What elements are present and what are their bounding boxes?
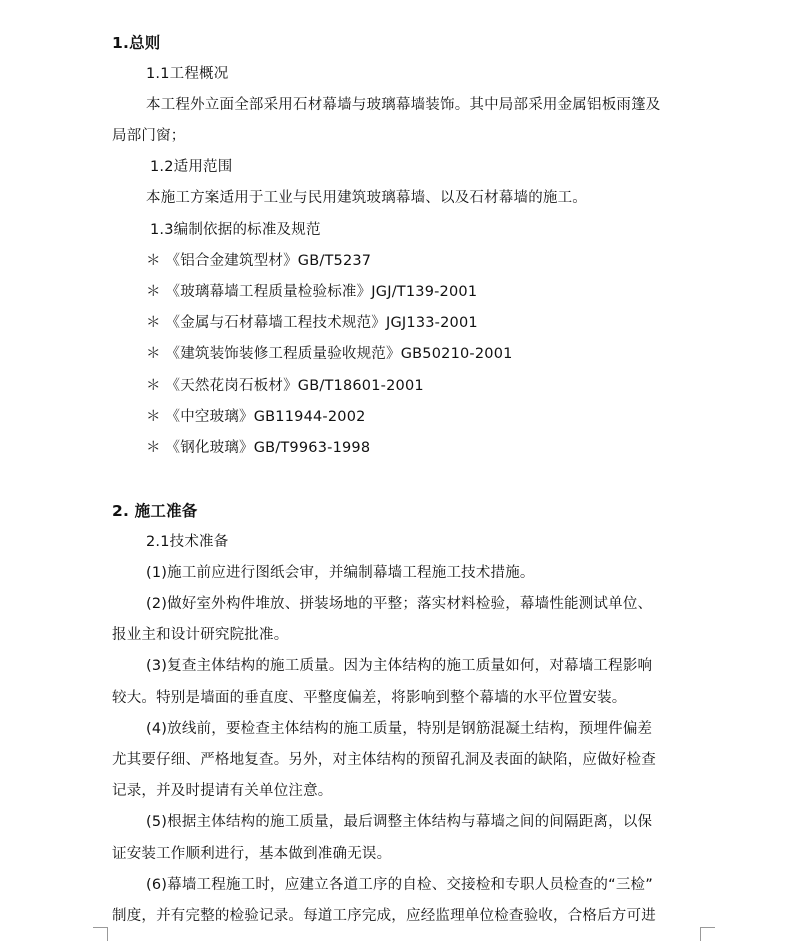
text-line: ＊ 《玻璃幕墙工程质量检验标准》JGJ/T139-2001 xyxy=(146,282,477,302)
text-line: 1.2适用范围 xyxy=(150,157,232,177)
text-line: (1)施工前应进行图纸会审，并编制幕墙工程施工技术措施。 xyxy=(146,563,535,583)
section-heading: 1.总则 xyxy=(112,33,160,53)
text-line: 证安装工作顺利进行，基本做到准确无误。 xyxy=(112,844,391,864)
section-heading: 2. 施工准备 xyxy=(112,501,197,521)
text-line: 尤其要仔细、严格地复查。另外，对主体结构的预留孔洞及表面的缺陷，应做好检查 xyxy=(112,750,656,770)
page-corner-mark-left xyxy=(93,927,108,941)
text-line: 本施工方案适用于工业与民用建筑玻璃幕墙、以及石材幕墙的施工。 xyxy=(146,188,587,208)
text-line: ＊ 《钢化玻璃》GB/T9963-1998 xyxy=(146,438,370,458)
text-line: 较大。特别是墙面的垂直度、平整度偏差，将影响到整个幕墙的水平位置安装。 xyxy=(112,688,627,708)
text-line: 2.1技术准备 xyxy=(146,532,228,552)
text-line: ＊ 《铝合金建筑型材》GB/T5237 xyxy=(146,251,371,271)
text-line: (3)复查主体结构的施工质量。因为主体结构的施工质量如何，对幕墙工程影响 xyxy=(146,656,652,676)
text-line: 本工程外立面全部采用石材幕墙与玻璃幕墙装饰。其中局部采用金属铝板雨篷及 xyxy=(146,95,661,115)
text-line: ＊ 《天然花岗石板材》GB/T18601-2001 xyxy=(146,376,424,396)
text-line: ＊ 《建筑装饰装修工程质量验收规范》GB50210-2001 xyxy=(146,344,513,364)
text-line: 报业主和设计研究院批准。 xyxy=(112,625,288,645)
text-line: 制度，并有完整的检验记录。每道工序完成，应经监理单位检查验收，合格后方可进 xyxy=(112,906,656,926)
text-line: 记录，并及时提请有关单位注意。 xyxy=(112,781,333,801)
text-line: (5)根据主体结构的施工质量，最后调整主体结构与幕墙之间的间隔距离，以保 xyxy=(146,812,652,832)
text-line: 1.1工程概况 xyxy=(146,64,228,84)
text-line: (2)做好室外构件堆放、拼装场地的平整；落实材料检验，幕墙性能测试单位、 xyxy=(146,594,652,614)
text-line: 1.3编制依据的标准及规范 xyxy=(150,220,321,240)
text-line: (4)放线前，要检查主体结构的施工质量，特别是钢筋混凝土结构，预埋件偏差 xyxy=(146,719,652,739)
text-line: ＊ 《金属与石材幕墙工程技术规范》JGJ133-2001 xyxy=(146,313,478,333)
text-line: 局部门窗； xyxy=(112,126,186,146)
text-line: (6)幕墙工程施工时，应建立各道工序的自检、交接检和专职人员检查的“三检” xyxy=(146,875,653,895)
page-corner-mark-right xyxy=(700,927,715,941)
text-line: ＊ 《中空玻璃》GB11944-2002 xyxy=(146,407,366,427)
